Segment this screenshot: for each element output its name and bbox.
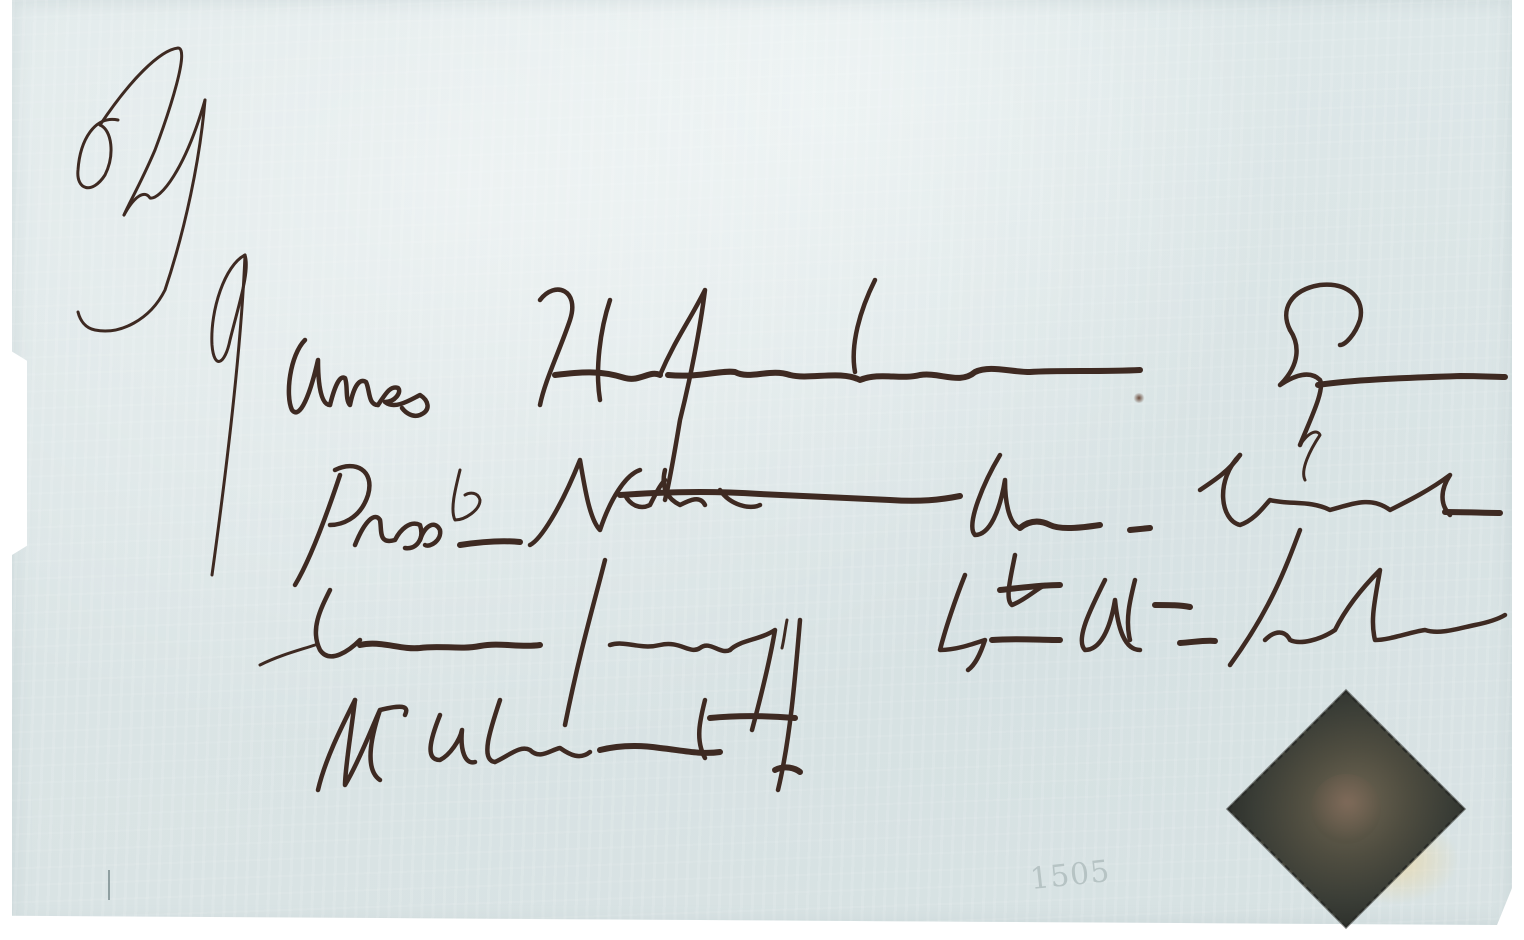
photo-stage: 1505 Pr W James Hepburn Esq Prest North … (0, 0, 1524, 940)
stamp-portrait-icon (1311, 774, 1381, 844)
line3-ink (260, 530, 1505, 730)
endorsement-ink (78, 48, 205, 331)
ink-smudge (1133, 393, 1145, 403)
line2-ink (295, 455, 1500, 585)
pencil-tick-mark (108, 870, 110, 900)
